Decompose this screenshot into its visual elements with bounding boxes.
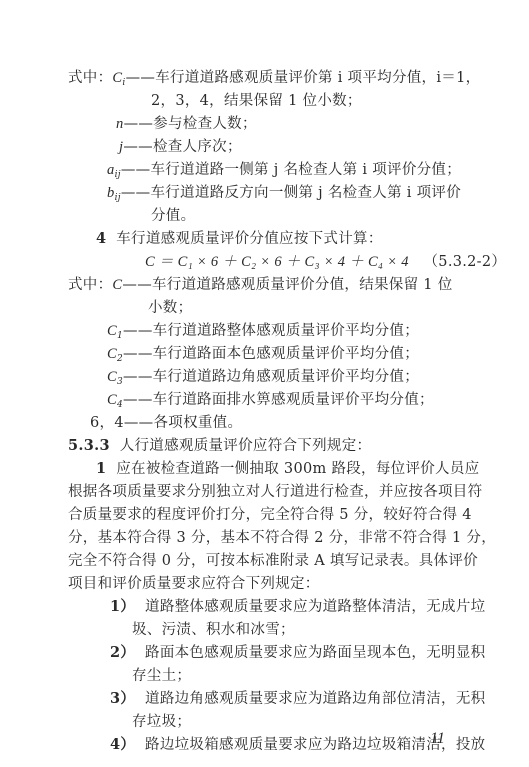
text-line: C3——车行道道路边角感观质量评价平均分值； (107, 367, 419, 392)
clause-number: 1） (110, 598, 135, 615)
spacer (135, 737, 145, 753)
text-line: 分值。 (151, 206, 195, 226)
line-text: 项目和评价质量要求应符合下列规定： (68, 576, 320, 592)
symbol-label: 6，4 (90, 415, 124, 431)
text-line: 5.3.3 人行道感观质量评价应符合下列规定： (68, 436, 371, 456)
line-text: 合质量要求的程度评价打分，完全符合得 5 分，较好符合得 4 (68, 507, 472, 523)
line-text: 小数； (148, 300, 192, 316)
line-text: 各项权重值。 (153, 415, 242, 431)
line-text: 路面本色感观质量要求应为路面呈现本色，无明显积 (145, 645, 485, 661)
equation-number: （5.3.2-2） (409, 254, 506, 270)
text-line: bij——车行道道路反方向一侧第 j 名检查人第 i 项评价 (107, 183, 461, 208)
math-symbol: C (107, 323, 117, 339)
page-number: 11 (430, 730, 445, 748)
text-line: 2） 路面本色感观质量要求应为路面呈现本色，无明显积 (110, 643, 485, 663)
text-line: n——参与检查人数； (116, 114, 257, 134)
math-symbol: n (116, 116, 124, 132)
line-prefix: 式中： (68, 277, 112, 293)
clause-number: 4 (96, 230, 106, 247)
clause-number: 3） (110, 690, 135, 707)
text-line: 6，4——各项权重值。 (90, 413, 242, 433)
formula: C ＝ C₁ × 6 ＋ C₂ × 6 ＋ C₃ × 4 ＋ C₄ × 4 (145, 254, 409, 270)
line-text: 车行道道路边角感观质量评价平均分值； (153, 369, 419, 385)
spacer (135, 691, 145, 707)
line-text: 存尘土； (132, 668, 191, 684)
definition-dash: —— (124, 116, 154, 132)
line-text: 完全不符合得 0 分，可按本标准附录 A 填写记录表。具体评价 (68, 553, 478, 569)
text-line: 完全不符合得 0 分，可按本标准附录 A 填写记录表。具体评价 (68, 551, 478, 571)
text-line: C ＝ C₁ × 6 ＋ C₂ × 6 ＋ C₃ × 4 ＋ C₄ × 4 （5… (145, 252, 506, 272)
clause-number: 4） (110, 736, 135, 753)
text-line: C1——车行道道路整体感观质量评价平均分值； (107, 321, 419, 346)
line-text: 根据各项质量要求分别独立对人行道进行检查，并应按各项目符 (68, 484, 482, 500)
line-text: 圾、污渍、积水和冰雪； (132, 622, 295, 638)
text-line: 式中：Ci——车行道道路感观质量评价第 i 项平均分值，i＝1， (68, 68, 480, 93)
line-text: 车行道道路整体感观质量评价平均分值； (153, 323, 419, 339)
text-line: 4 车行道感观质量评价分值应按下式计算： (96, 229, 383, 249)
math-symbol: C (107, 346, 117, 362)
definition-dash: —— (123, 369, 153, 385)
spacer (106, 461, 116, 477)
math-symbol: b (107, 185, 115, 201)
math-symbol: C (112, 277, 122, 293)
definition-dash: —— (121, 185, 151, 201)
line-text: 车行道道路反方向一侧第 j 名检查人第 i 项评价 (150, 185, 461, 201)
spacer (135, 645, 145, 661)
definition-dash: —— (123, 392, 153, 408)
text-line: aij——车行道道路一侧第 j 名检查人第 i 项评价分值； (107, 160, 461, 185)
math-symbol: C (107, 369, 117, 385)
text-line: 根据各项质量要求分别独立对人行道进行检查，并应按各项目符 (68, 482, 482, 502)
math-symbol: a (107, 162, 115, 178)
text-line: 分，基本符合得 3 分，基本不符合得 2 分，非常不符合得 1 分， (68, 528, 496, 548)
text-line: 1 应在被检查道路一侧抽取 300m 路段，每位评价人员应 (96, 459, 479, 479)
line-text: 车行道路面本色感观质量评价平均分值； (153, 346, 419, 362)
line-text: 应在被检查道路一侧抽取 300m 路段，每位评价人员应 (116, 461, 479, 477)
clause-number: 2） (110, 644, 135, 661)
line-text: 分值。 (151, 208, 195, 224)
text-line: 1） 道路整体感观质量要求应为道路整体清洁，无成片垃 (110, 597, 485, 617)
line-text: 车行道道路感观质量评价分值，结果保留 1 位 (152, 277, 453, 293)
definition-dash: —— (124, 415, 154, 431)
line-text: 参与检查人数； (153, 116, 257, 132)
definition-dash: —— (121, 162, 151, 178)
line-text: 车行道路面排水箅感观质量评价平均分值； (153, 392, 434, 408)
line-text: 道路边角感观质量要求应为道路边角部位清洁，无积 (145, 691, 485, 707)
line-text: 道路整体感观质量要求应为道路整体清洁，无成片垃 (145, 599, 485, 615)
clause-number: 5.3.3 (68, 437, 110, 454)
line-text: 车行道道路感观质量评价第 i 项平均分值，i＝1， (155, 70, 480, 86)
text-line: 项目和评价质量要求应符合下列规定： (68, 574, 320, 594)
text-line: 2，3，4，结果保留 1 位小数； (151, 91, 362, 111)
line-text: 车行道感观质量评价分值应按下式计算： (116, 231, 382, 247)
text-line: C4——车行道路面排水箅感观质量评价平均分值； (107, 390, 434, 415)
text-line: 存垃圾； (132, 712, 191, 732)
line-text: 人行道感观质量评价应符合下列规定： (120, 438, 372, 454)
line-text: 车行道道路一侧第 j 名检查人第 i 项评价分值； (150, 162, 461, 178)
text-line: 小数； (148, 298, 192, 318)
text-line: 存尘土； (132, 666, 191, 686)
text-line: C2——车行道路面本色感观质量评价平均分值； (107, 344, 419, 369)
text-line: 圾、污渍、积水和冰雪； (132, 620, 295, 640)
math-symbol: C (112, 70, 122, 86)
definition-dash: —— (123, 346, 153, 362)
line-text: 2，3，4，结果保留 1 位小数； (151, 93, 362, 109)
text-line: j——检查人序次； (119, 137, 242, 157)
text-line: 式中：C——车行道道路感观质量评价分值，结果保留 1 位 (68, 275, 453, 295)
line-text: 检查人序次； (153, 139, 242, 155)
line-text: 分，基本符合得 3 分，基本不符合得 2 分，非常不符合得 1 分， (68, 530, 496, 546)
definition-dash: —— (123, 323, 153, 339)
spacer (110, 438, 120, 454)
clause-number: 1 (96, 460, 106, 477)
spacer (106, 231, 116, 247)
line-prefix: 式中： (68, 70, 112, 86)
spacer (135, 599, 145, 615)
definition-dash: —— (122, 277, 152, 293)
math-symbol: C (107, 392, 117, 408)
line-text: 存垃圾； (132, 714, 191, 730)
definition-dash: —— (123, 139, 153, 155)
definition-dash: —— (126, 70, 156, 86)
text-line: 合质量要求的程度评价打分，完全符合得 5 分，较好符合得 4 (68, 505, 472, 525)
text-line: 3） 道路边角感观质量要求应为道路边角部位清洁，无积 (110, 689, 485, 709)
